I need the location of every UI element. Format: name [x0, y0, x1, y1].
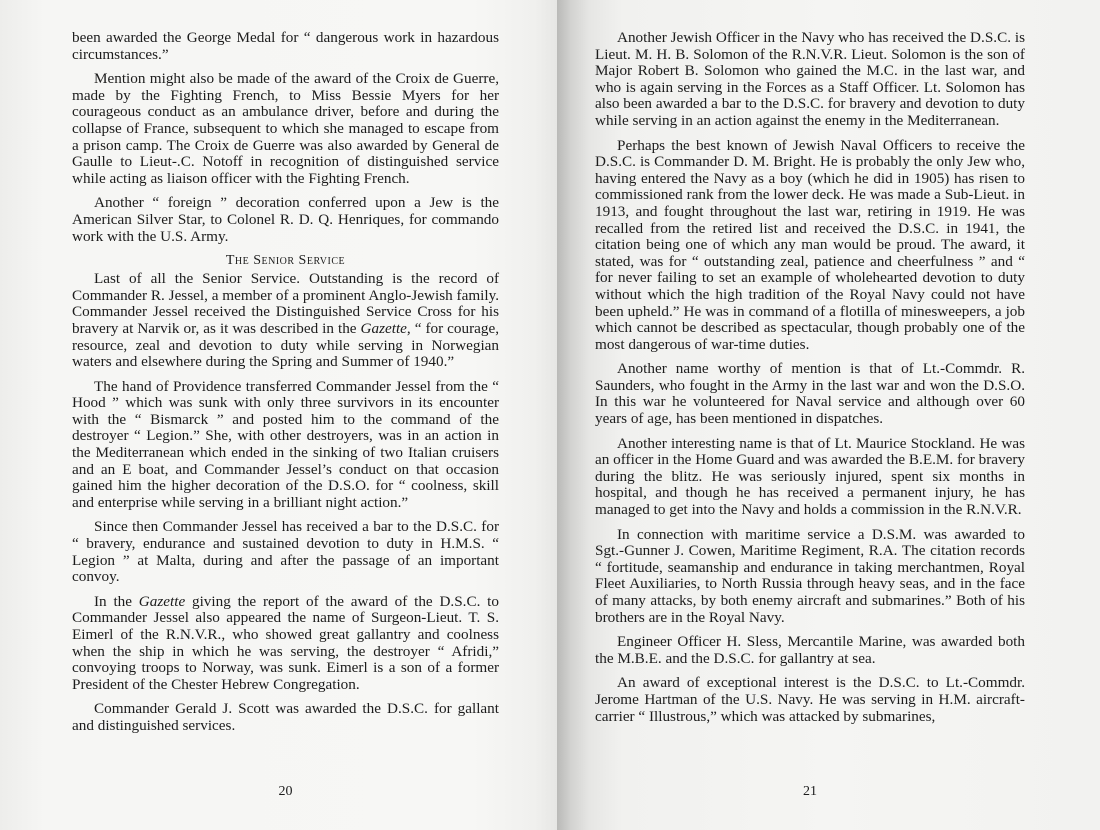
right-page-text: Another Jewish Officer in the Navy who h… [595, 30, 1025, 725]
page-number-right: 21 [595, 784, 1025, 800]
paragraph-george-medal: been awarded the George Medal for “ dang… [72, 30, 499, 63]
paragraph-silver-star: Another “ foreign ” decoration conferred… [72, 195, 499, 245]
gazette-title: Gazette [361, 320, 407, 337]
paragraph-bright: Perhaps the best known of Jewish Naval O… [595, 138, 1025, 354]
paragraph-bar-to-dsc: Since then Commander Jessel has received… [72, 519, 499, 585]
section-heading-senior-service: The Senior Service [72, 253, 499, 269]
left-page: been awarded the George Medal for “ dang… [0, 0, 557, 830]
paragraph-sless: Engineer Officer H. Sless, Mercantile Ma… [595, 634, 1025, 667]
book-spread: been awarded the George Medal for “ dang… [0, 0, 1100, 830]
gazette-title: Gazette [139, 593, 185, 610]
right-page: Another Jewish Officer in the Navy who h… [557, 0, 1100, 830]
paragraph-jessel-intro: Last of all the Senior Service. Outstand… [72, 271, 499, 371]
paragraph-stockland: Another interesting name is that of Lt. … [595, 436, 1025, 519]
paragraph-cowen: In connection with maritime service a D.… [595, 527, 1025, 627]
text-span: In the [94, 593, 139, 610]
page-number-left: 20 [72, 784, 499, 800]
paragraph-saunders: Another name worthy of mention is that o… [595, 361, 1025, 427]
paragraph-hartman: An award of exceptional interest is the … [595, 675, 1025, 725]
paragraph-solomon: Another Jewish Officer in the Navy who h… [595, 30, 1025, 130]
paragraph-providence: The hand of Providence transferred Comma… [72, 379, 499, 512]
paragraph-eimerl: In the Gazette giving the report of the … [72, 594, 499, 694]
left-page-text: been awarded the George Medal for “ dang… [72, 30, 499, 735]
paragraph-croix-de-guerre: Mention might also be made of the award … [72, 71, 499, 187]
paragraph-scott: Commander Gerald J. Scott was awarded th… [72, 701, 499, 734]
